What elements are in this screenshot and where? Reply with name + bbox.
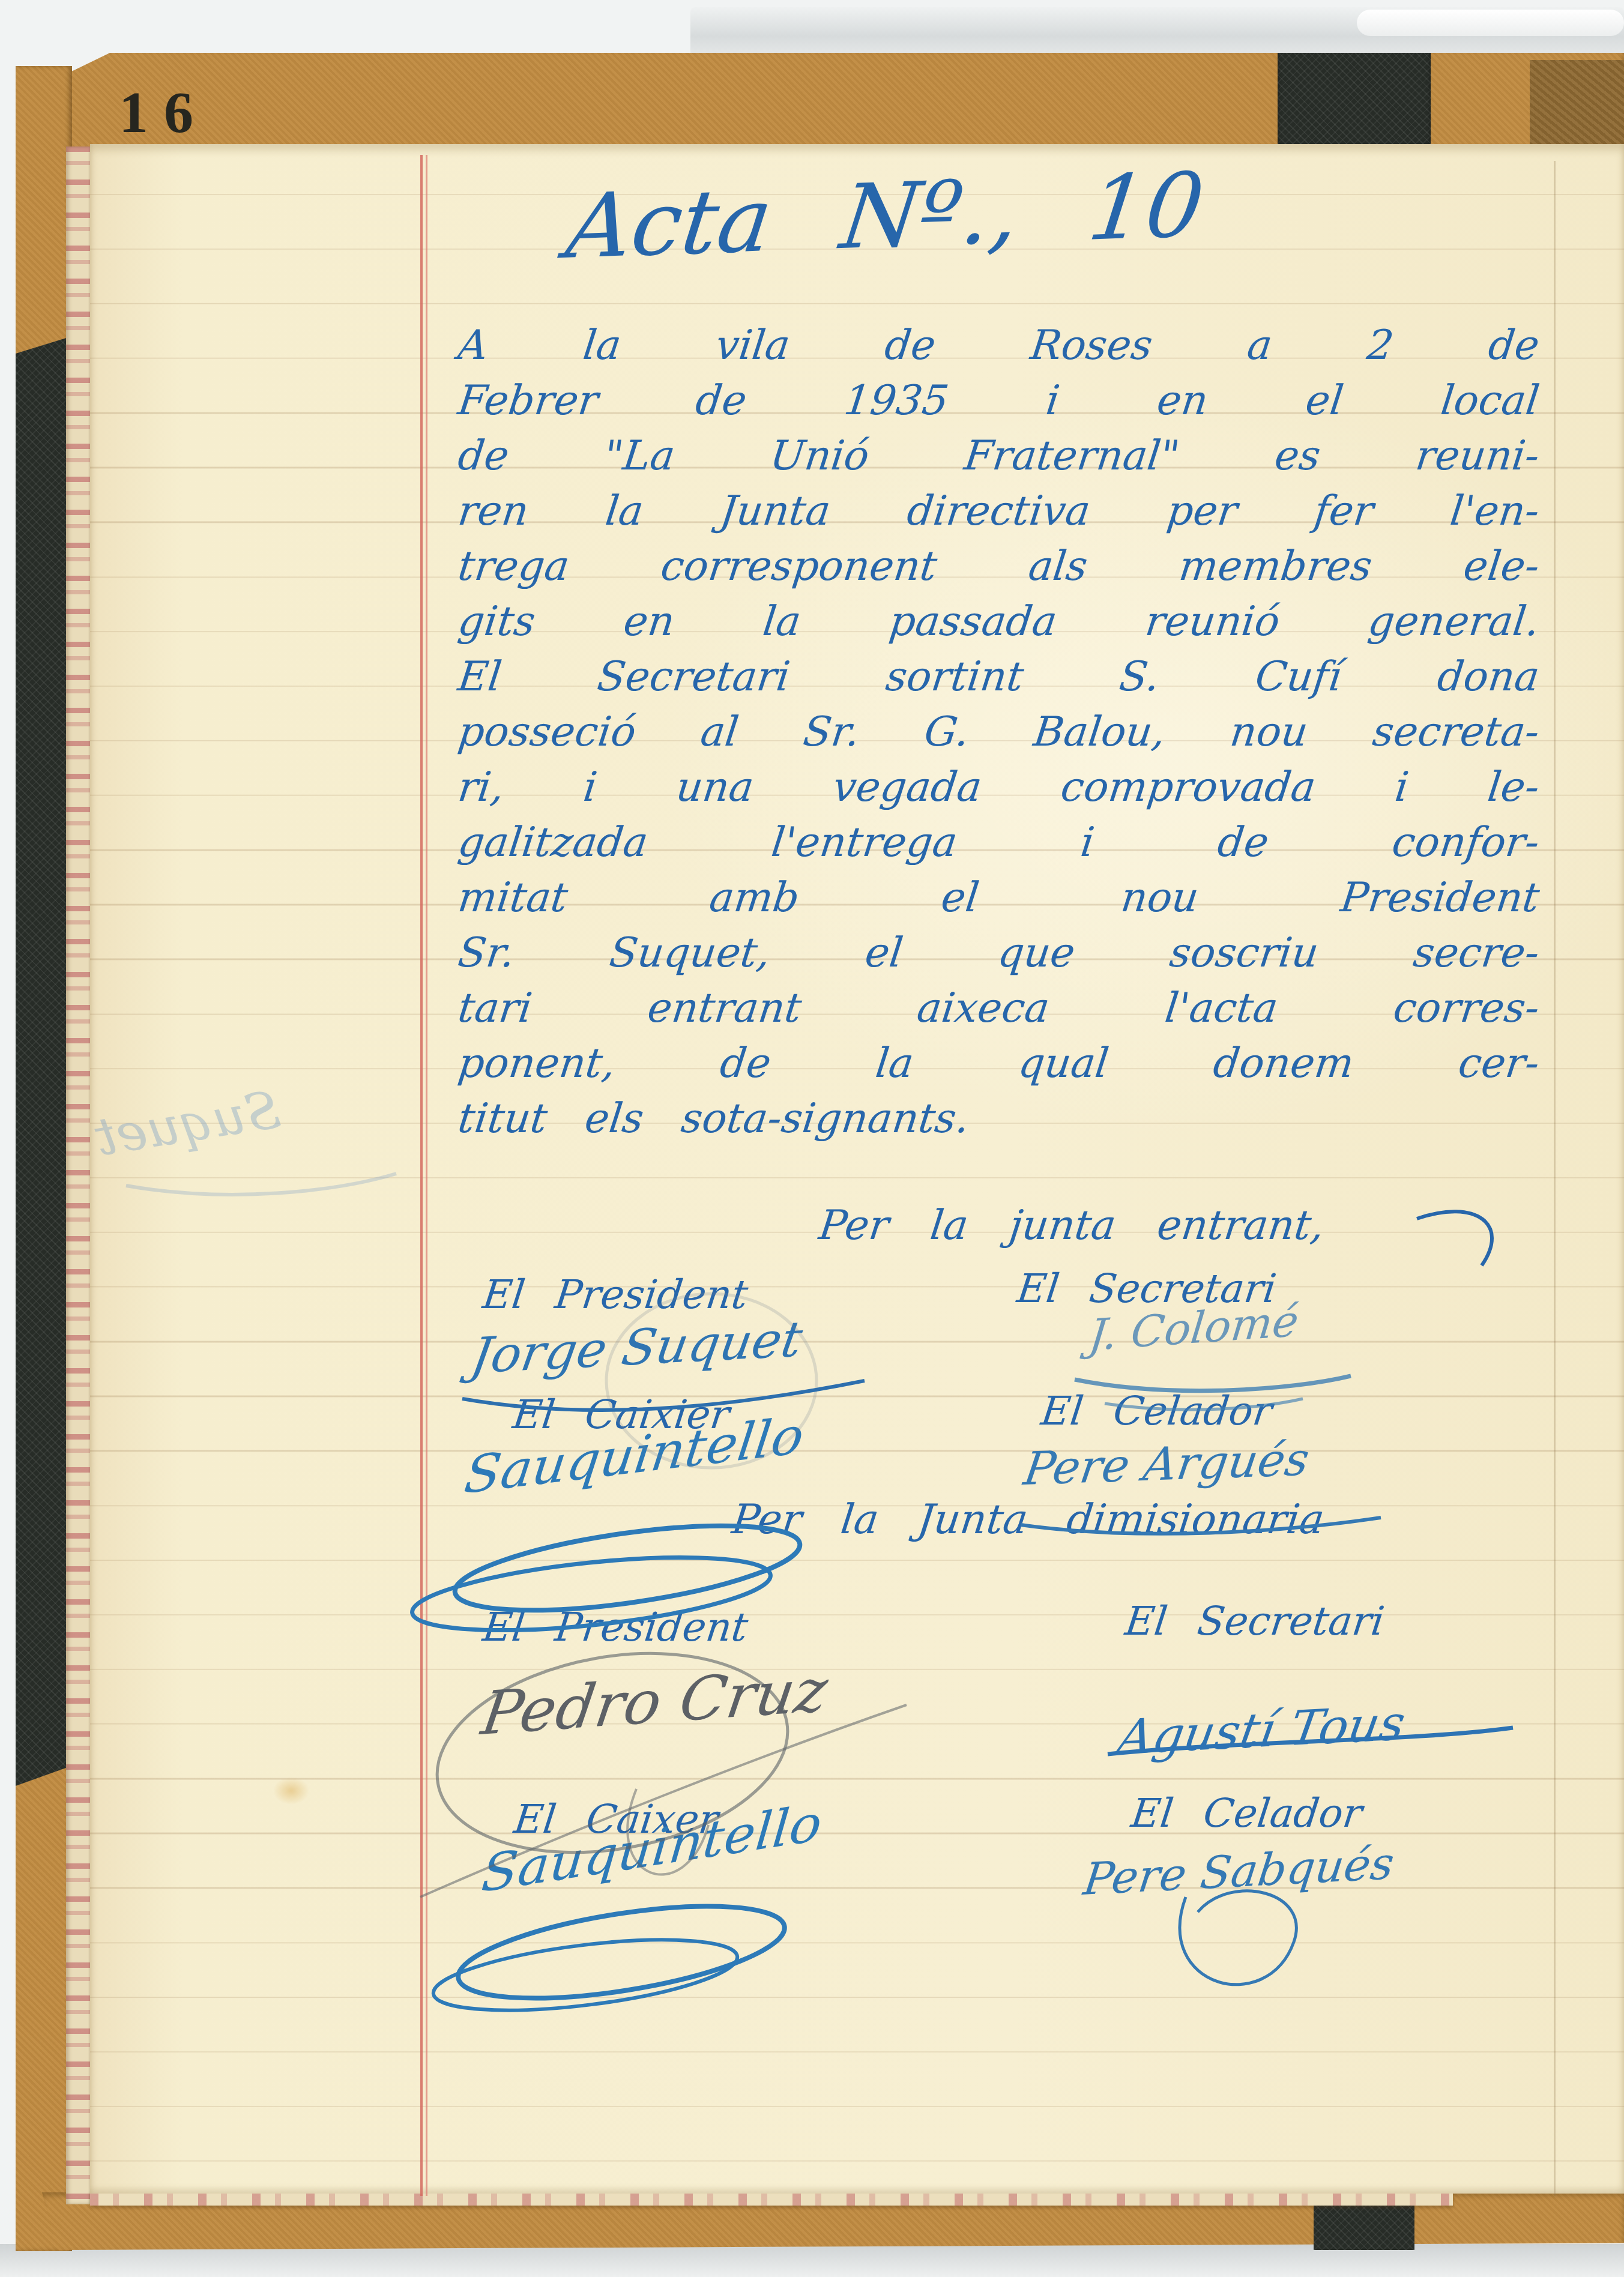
red-margin-line-inner: [426, 155, 427, 2196]
outgoing-warden-label: El Celador: [1129, 1790, 1365, 1836]
paper-stain: [273, 1777, 309, 1805]
body-line: titut els sota-signants.: [455, 1092, 1542, 1146]
outgoing-president-label: El President: [480, 1604, 750, 1650]
underlying-page-edge: [1554, 161, 1556, 2196]
body-line: gits en la passada reunió general.: [455, 595, 1542, 649]
scanned-ledger-page: 16 Suquet Acta Nº., 10 A la vila de Rose…: [0, 0, 1624, 2277]
page-number: 16: [119, 79, 209, 146]
body-line: ponent, de la qual donem cer-: [455, 1037, 1542, 1091]
body-line: de "La Unió Fraternal" es reuni-: [455, 429, 1542, 483]
body-line: Sr. Suquet, el que soscriu secre-: [455, 926, 1542, 980]
red-margin-line: [420, 155, 423, 2196]
body-line: trega corresponent als membres ele-: [455, 540, 1542, 594]
page-fore-edge-marbling: [66, 146, 91, 2204]
book-cover-bottom-black-cloth: [1314, 2202, 1414, 2250]
body-line: mitat amb el nou President: [455, 871, 1542, 925]
incoming-president-label: El President: [480, 1271, 750, 1318]
body-line: tari entrant aixeca l'acta corres-: [455, 982, 1542, 1036]
outgoing-secretary-label: El Secretari: [1123, 1598, 1387, 1644]
body-line: posseció al Sr. G. Balou, nou secreta-: [455, 705, 1542, 759]
body-line: A la vila de Roses a 2 de: [455, 319, 1542, 373]
book-cover-left-black-cloth: [16, 336, 72, 1786]
incoming-warden-label: El Celador: [1039, 1388, 1275, 1434]
body-line: ren la Junta directiva per fer l'en-: [455, 484, 1542, 538]
incoming-warden-signature: Pere Argués: [1021, 1432, 1312, 1495]
body-line: ri, i una vegada comprovada i le-: [455, 761, 1542, 815]
body-line: El Secretari sortint S. Cufí dona: [455, 650, 1542, 704]
body-line: galitzada l'entrega i de confor-: [455, 816, 1542, 870]
outgoing-board-heading: Per la Junta dimisionaria: [729, 1496, 1327, 1543]
scanner-highlight: [1357, 10, 1624, 36]
body-line: Febrer de 1935 i en el local: [455, 374, 1542, 428]
incoming-board-heading: Per la junta entrant,: [817, 1202, 1327, 1249]
